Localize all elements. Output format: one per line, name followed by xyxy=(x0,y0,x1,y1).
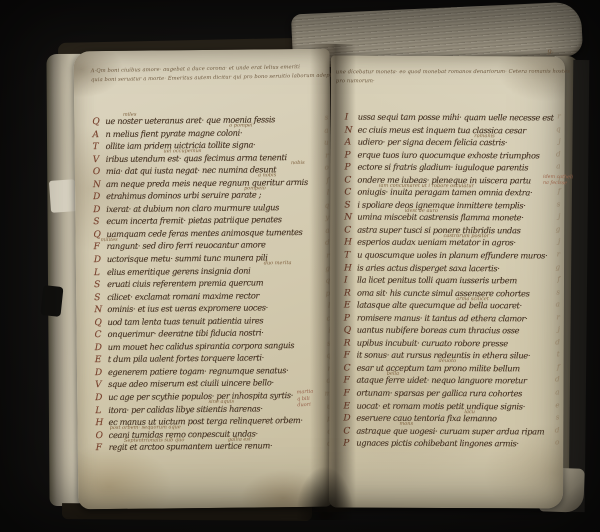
verse-line: Tu quoscumque uoles in planum effundere … xyxy=(344,247,560,260)
gloss-line: pro numorum· xyxy=(336,76,570,85)
verse-line: Si spoliare deos ignemque inmittere temp… xyxy=(344,196,560,209)
line-initial: P xyxy=(343,438,356,451)
verse-line: monsCastraque que uogesi· curuam super a… xyxy=(343,422,559,435)
verse-line: castrorum positorHesperios audax ueniam … xyxy=(344,234,560,247)
verse-line: Pugnaces pictis cohibebant lingones armi… xyxy=(343,435,559,448)
verse-line: Nec ciuis meus est inquem tua classica c… xyxy=(345,121,561,134)
verse-line: romanisAudiero· per signa decem felicia … xyxy=(345,134,561,147)
interlinear-gloss: idest de auro xyxy=(405,205,438,218)
verse-line: bellaFataque ferre uidet· nequo languore… xyxy=(344,372,560,385)
interlinear-gloss: mons xyxy=(400,418,414,431)
right-marginal-note: idem catheli na fecisse xyxy=(543,175,573,188)
verse-line: Euocat· et romam motis petit undique sig… xyxy=(343,397,559,410)
verse-text: ugnaces pictis cohibebant lingones armis… xyxy=(356,438,518,449)
interlinear-gloss: sine aquis xyxy=(208,396,234,409)
interlinear-gloss: lacu xyxy=(464,406,475,419)
left-page: A·Qm boni ciuibus amore· augebat a duce … xyxy=(74,49,335,510)
verse-line: deuotoCesar ut acceptum tam prono milite… xyxy=(344,359,560,372)
interlinear-gloss: duo merita xyxy=(264,257,292,270)
showthrough-mark: o xyxy=(555,437,559,450)
parchment-tab xyxy=(49,179,77,213)
verse-line: iam concumaret ut i robore osculaturConi… xyxy=(344,184,560,197)
book-cover-right-edge xyxy=(569,60,590,512)
left-text-block: milesQue noster ueteranus aret· que moen… xyxy=(92,111,332,452)
verse-line: Pectore si fratris gladium· iuguloque pa… xyxy=(344,159,560,172)
verse-line: Promisere manus· it tantus ad ethera cla… xyxy=(344,309,560,322)
interlinear-gloss: castrorum positor xyxy=(444,230,490,243)
folio-number: 9· xyxy=(547,48,554,56)
interlinear-gloss: bella xyxy=(387,368,399,381)
verse-line: arma scilicetElatasque alte quecumque ad… xyxy=(344,297,560,310)
interlinear-gloss: gallia est· xyxy=(228,433,253,446)
interlinear-gloss: post orbem· sequorum aque xyxy=(110,421,181,434)
interlinear-gloss: romanis xyxy=(474,130,495,143)
verse-line: Quantus nubifere boreas cum thracius oss… xyxy=(344,322,560,335)
interlinear-gloss: miles xyxy=(123,108,137,121)
gloss-line: duori xyxy=(297,402,314,409)
verse-line: idest de auroNumina miscebit castrensis … xyxy=(344,209,560,222)
verse-line: Iussa sequi tam posse mihi· quam uelle n… xyxy=(345,109,561,122)
interlinear-gloss: arma scilicet xyxy=(456,293,489,306)
right-top-marginal-gloss: une dicebatur moneta· eo quod monebat ro… xyxy=(336,68,570,86)
interlinear-gloss: o pompei xyxy=(229,120,252,133)
torn-edge-notch xyxy=(40,285,63,317)
gloss-line: na fecisse xyxy=(543,181,573,188)
verse-line: His aries actus disperget saxa lacertis·… xyxy=(344,259,560,272)
interlinear-gloss: a nobis xyxy=(258,169,276,182)
verse-line: Septentrionalis sub quogallia est·Fregit… xyxy=(96,437,332,452)
manuscript-photo: A·Qm boni ciuibus amore· augebat a duce … xyxy=(0,0,600,532)
open-codex: A·Qm boni ciuibus amore· augebat a duce … xyxy=(0,0,600,532)
verse-line: lacuDeseruere cauo tentoria fixa lemanno… xyxy=(343,410,559,423)
interlinear-gloss: nobis xyxy=(291,157,305,170)
interlinear-gloss: deuoto xyxy=(439,355,456,368)
verse-line: Perque tuos iuro quocumque exhoste trium… xyxy=(345,146,561,159)
right-page: 9· une dicebatur moneta· eo quod monebat… xyxy=(329,55,565,508)
gloss-line: martia xyxy=(297,389,314,396)
interlinear-gloss: iam concumaret ut i robore osculatur xyxy=(379,179,474,192)
verse-line: Rupibus incubuit· curuato robore pressed xyxy=(344,334,560,347)
line-initial: F xyxy=(96,442,109,455)
left-top-marginal-gloss: A·Qm boni ciuibus amore· augebat a duce … xyxy=(91,63,338,85)
right-text-block: Iussa sequi tam posse mihi· quam uelle n… xyxy=(343,109,560,449)
interlinear-gloss: uel occupemus xyxy=(163,145,201,158)
verse-line: Illa licet penitus tolli quam iusseris u… xyxy=(344,272,560,285)
gutter-marginal-note: martia q bili duori xyxy=(297,389,315,409)
gloss-line: une dicebatur moneta· eo quod monebat ro… xyxy=(336,68,570,77)
verse-line: Roma sit· his cuncte simul assensere coh… xyxy=(344,284,560,297)
interlinear-gloss: milites xyxy=(101,234,118,247)
interlinear-gloss: pompeio xyxy=(244,182,266,195)
verse-line: Fortunam· sparsas per gallica rura cohor… xyxy=(343,385,559,398)
interlinear-gloss: Septentrionalis sub quo xyxy=(124,434,184,447)
